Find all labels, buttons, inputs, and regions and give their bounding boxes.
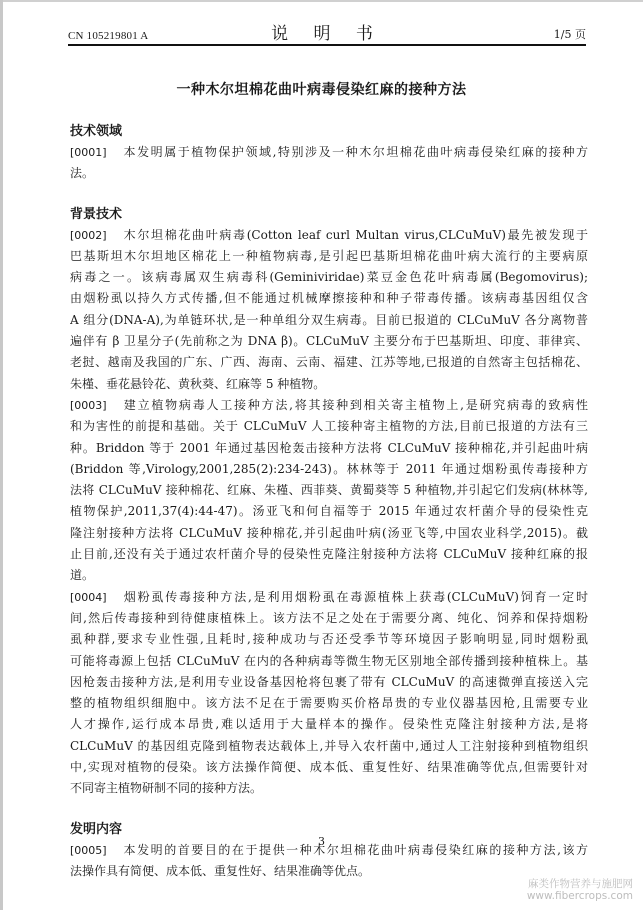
page-indicator: 1/5 页 [554, 26, 586, 42]
section-gap [70, 800, 588, 819]
paragraph-line: A 组分(DNA-A),为单链环状,是一种单组分双生病毒。目前已报道的 CLCu… [70, 310, 588, 331]
paragraph-line: 巴基斯坦木尔坦地区棉花上一种植物病毒,是引起巴基斯坦棉花曲叶病大流行的主要病原 [70, 246, 588, 267]
paragraph-text: (Briddon 等,Virology,2001,285(2):234-243)… [70, 462, 588, 476]
paragraph-text: 人才操作,运行成本昂贵,难以适用于大量样本的操作。侵染性克隆注射接种方法,是将 [70, 717, 588, 731]
paragraph-line: 法操作具有简便、成本低、重复性好、结果准确等优点。 [70, 861, 588, 882]
paragraph-text: 可能将毒源上包括 CLCuMuV 在内的各种病毒等微生物无区别地全部传播到接种植… [70, 654, 588, 668]
paragraph-line: 朱槿、垂花悬铃花、黄秋葵、红麻等 5 种植物。 [70, 374, 588, 395]
document-body: 技术领域[0001]本发明属于植物保护领域,特别涉及一种木尔坦棉花曲叶病毒侵染红… [70, 121, 588, 882]
paragraph-number: [0003] [70, 395, 122, 416]
section-gap [70, 185, 588, 204]
paragraph: [0003]建立植物病毒人工接种方法,将其接种到相关寄主植物上,是研究病毒的致病… [70, 395, 588, 587]
paragraph-text: 间,然后传毒接种到待健康植株上。该方法不足之处在于需要分离、纯化、饲养和保持烟粉 [70, 611, 588, 625]
paragraph-line: 人才操作,运行成本昂贵,难以适用于大量样本的操作。侵染性克隆注射接种方法,是将 [70, 714, 588, 735]
paragraph-text: 整的植物组织细胞中。该方法不足在于需要购买价格昂贵的专业仪器基因枪,且需要专业 [70, 696, 588, 710]
paragraph-text: 遍伴有 β 卫星分子(先前称之为 DNA β)。CLCuMuV 主要分布于巴基斯… [70, 334, 588, 348]
page-header: CN 105219801 A 说 明 书 1/5 页 [68, 22, 586, 44]
page-top-edge [0, 0, 643, 2]
paragraph-text: 道。 [70, 568, 94, 582]
paragraph-text: 病毒之一。该病毒属双生病毒科(Geminiviridae)菜豆金色花叶病毒属(B… [70, 270, 588, 284]
paragraph-text: 法将 CLCuMuV 接种棉花、红麻、朱槿、西菲葵、黄蜀葵等 5 种植物,并引起… [70, 483, 588, 497]
paragraph-line: 可能将毒源上包括 CLCuMuV 在内的各种病毒等微生物无区别地全部传播到接种植… [70, 651, 588, 672]
paragraph-line: 病毒之一。该病毒属双生病毒科(Geminiviridae)菜豆金色花叶病毒属(B… [70, 267, 588, 288]
paragraph-text: 因枪轰击接种方法,是利用专业设备基因枪将包裹了带有 CLCuMuV 的高速微弹直… [70, 675, 588, 689]
paragraph-line: 不同寄主植物研制不同的接种方法。 [70, 778, 588, 799]
paragraph-text: 建立植物病毒人工接种方法,将其接种到相关寄主植物上,是研究病毒的致病性 [122, 398, 588, 412]
paragraph-line: 隆注射接种方法将 CLCuMuV 接种棉花,并引起曲叶病(汤亚飞等,中国农业科学… [70, 523, 588, 544]
paragraph-text: 不同寄主植物研制不同的接种方法。 [70, 781, 262, 795]
paragraph-line: 由烟粉虱以持久方式传播,但不能通过机械摩擦接种和种子带毒传播。该病毒基因组仅含 [70, 288, 588, 309]
paragraph-line: 法将 CLCuMuV 接种棉花、红麻、朱槿、西菲葵、黄蜀葵等 5 种植物,并引起… [70, 480, 588, 501]
paragraph-number: [0002] [70, 225, 122, 246]
paragraph-line: 虱种群,要求专业性强,且耗时,接种成功与否还受季节等环境因子影响明显,同时烟粉虱 [70, 629, 588, 650]
paragraph-line: 种。Briddon 等于 2001 年通过基因枪轰击接种方法将 CLCuMuV … [70, 438, 588, 459]
paragraph-text: CLCuMuV 的基因组克隆到植物表达载体上,并导入农杆菌中,通过人工注射接种到… [70, 739, 588, 753]
watermark-url: www.fibercrops.com [527, 890, 633, 902]
paragraph-text: 种。Briddon 等于 2001 年通过基因枪轰击接种方法将 CLCuMuV … [70, 441, 588, 455]
paragraph-line: 法。 [70, 163, 588, 184]
page-left-edge [0, 0, 3, 910]
paragraph-line: 整的植物组织细胞中。该方法不足在于需要购买价格昂贵的专业仪器基因枪,且需要专业 [70, 693, 588, 714]
watermark: 麻类作物营养与施肥网 www.fibercrops.com [527, 878, 633, 902]
paragraph-line: [0001]本发明属于植物保护领域,特别涉及一种木尔坦棉花曲叶病毒侵染红麻的接种… [70, 142, 588, 163]
section-heading: 技术领域 [70, 121, 588, 142]
paragraph-line: [0002]木尔坦棉花曲叶病毒(Cotton leaf curl Multan … [70, 225, 588, 246]
paragraph-number: [0004] [70, 587, 122, 608]
paragraph-line: (Briddon 等,Virology,2001,285(2):234-243)… [70, 459, 588, 480]
paragraph-text: 由烟粉虱以持久方式传播,但不能通过机械摩擦接种和种子带毒传播。该病毒基因组仅含 [70, 291, 588, 305]
watermark-site-name: 麻类作物营养与施肥网 [527, 878, 633, 890]
paragraph-text: 和为害性的前提和基础。关于 CLCuMuV 人工接种寄主植物的方法,目前已报道的… [70, 419, 588, 433]
paragraph-text: 木尔坦棉花曲叶病毒(Cotton leaf curl Multan virus,… [122, 228, 588, 242]
paragraph: [0004]烟粉虱传毒接种方法,是利用烟粉虱在毒源植株上获毒(CLCuMuV)饲… [70, 587, 588, 800]
paragraph-text: 法操作具有简便、成本低、重复性好、结果准确等优点。 [70, 864, 370, 878]
paragraph-text: 朱槿、垂花悬铃花、黄秋葵、红麻等 5 种植物。 [70, 377, 325, 391]
paragraph-line: 间,然后传毒接种到待健康植株上。该方法不足之处在于需要分离、纯化、饲养和保持烟粉 [70, 608, 588, 629]
header-rule [68, 44, 586, 46]
document-type: 说 明 书 [68, 19, 586, 44]
paragraph-line: 中,实现对植物的侵染。该方法操作简便、成本低、重复性好、结果准确等优点,但需要针… [70, 757, 588, 778]
paragraph-line: [0004]烟粉虱传毒接种方法,是利用烟粉虱在毒源植株上获毒(CLCuMuV)饲… [70, 587, 588, 608]
paragraph-line: [0003]建立植物病毒人工接种方法,将其接种到相关寄主植物上,是研究病毒的致病… [70, 395, 588, 416]
paragraph-line: CLCuMuV 的基因组克隆到植物表达载体上,并导入农杆菌中,通过人工注射接种到… [70, 736, 588, 757]
paragraph-line: 老挝、越南及我国的广东、广西、海南、云南、福建、江苏等地,已报道的自然寄主包括棉… [70, 352, 588, 373]
paragraph-text: 巴基斯坦木尔坦地区棉花上一种植物病毒,是引起巴基斯坦棉花曲叶病大流行的主要病原 [70, 249, 588, 263]
paragraph-line: 植物保护,2011,37(4):44-47)。汤亚飞和何自福等于 2015 年通… [70, 501, 588, 522]
page-number: 3 [0, 835, 643, 848]
section-heading: 背景技术 [70, 204, 588, 225]
paragraph-line: 止目前,还没有关于通过农杆菌介导的侵染性克隆注射接种方法将 CLCuMuV 接种… [70, 544, 588, 565]
paragraph: [0002]木尔坦棉花曲叶病毒(Cotton leaf curl Multan … [70, 225, 588, 395]
paragraph-text: 本发明属于植物保护领域,特别涉及一种木尔坦棉花曲叶病毒侵染红麻的接种方 [122, 145, 588, 159]
paragraph-text: 止目前,还没有关于通过农杆菌介导的侵染性克隆注射接种方法将 CLCuMuV 接种… [70, 547, 588, 561]
paragraph-text: 法。 [70, 166, 94, 180]
paragraph-number: [0001] [70, 142, 122, 163]
paragraph-line: 遍伴有 β 卫星分子(先前称之为 DNA β)。CLCuMuV 主要分布于巴基斯… [70, 331, 588, 352]
paragraph-line: 因枪轰击接种方法,是利用专业设备基因枪将包裹了带有 CLCuMuV 的高速微弹直… [70, 672, 588, 693]
paragraph-text: 中,实现对植物的侵染。该方法操作简便、成本低、重复性好、结果准确等优点,但需要针… [70, 760, 588, 774]
paragraph: [0001]本发明属于植物保护领域,特别涉及一种木尔坦棉花曲叶病毒侵染红麻的接种… [70, 142, 588, 185]
paragraph-text: 虱种群,要求专业性强,且耗时,接种成功与否还受季节等环境因子影响明显,同时烟粉虱 [70, 632, 588, 646]
paragraph-text: 隆注射接种方法将 CLCuMuV 接种棉花,并引起曲叶病(汤亚飞等,中国农业科学… [70, 526, 588, 540]
paragraph-line: 道。 [70, 565, 588, 586]
paragraph-text: 烟粉虱传毒接种方法,是利用烟粉虱在毒源植株上获毒(CLCuMuV)饲育一定时 [122, 590, 588, 604]
paragraph-text: 植物保护,2011,37(4):44-47)。汤亚飞和何自福等于 2015 年通… [70, 504, 588, 518]
document-title: 一种木尔坦棉花曲叶病毒侵染红麻的接种方法 [0, 79, 643, 99]
paragraph-text: 老挝、越南及我国的广东、广西、海南、云南、福建、江苏等地,已报道的自然寄主包括棉… [70, 355, 588, 369]
paragraph-line: 和为害性的前提和基础。关于 CLCuMuV 人工接种寄主植物的方法,目前已报道的… [70, 416, 588, 437]
paragraph-text: A 组分(DNA-A),为单链环状,是一种单组分双生病毒。目前已报道的 CLCu… [70, 313, 588, 327]
